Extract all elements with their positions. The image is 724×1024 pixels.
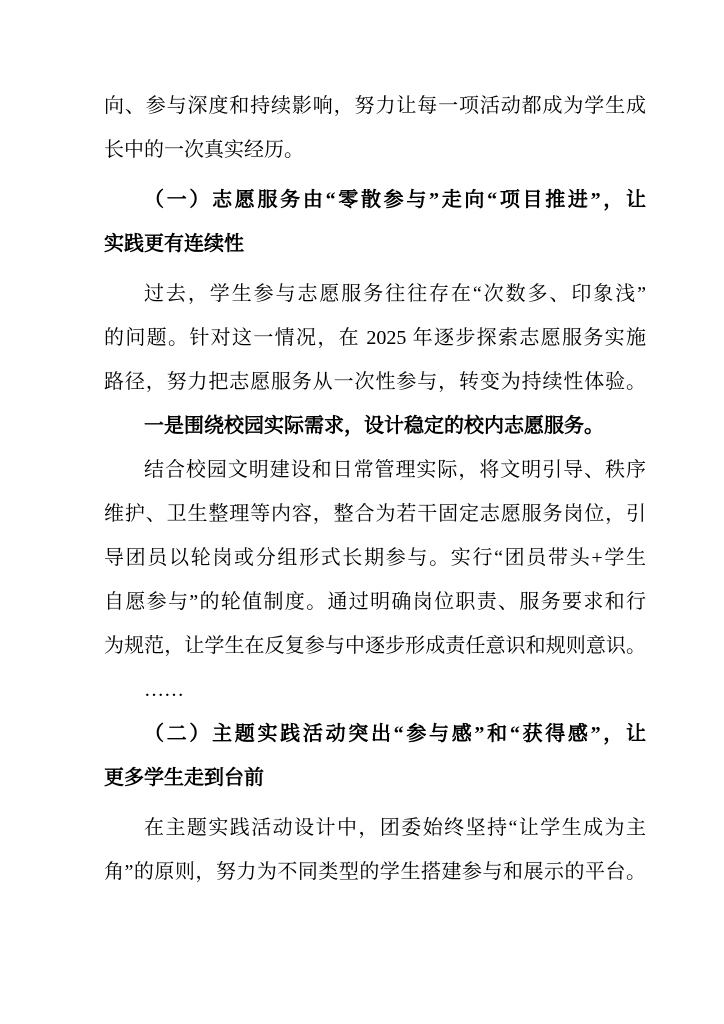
ellipsis-line: …… [104, 668, 646, 712]
section1-heading-line: （一）志愿服务由“零散参与”走向“项目推进”，让 [104, 178, 646, 222]
section2-heading-line: （二）主题实践活动突出“参与感”和“获得感”，让 [104, 712, 646, 756]
section2-heading-line: 更多学生走到台前 [104, 756, 646, 800]
section1-heading-line: 实践更有连续性 [104, 222, 646, 266]
text-line: 结合校园文明建设和日常管理实际，将文明引导、秩序 [104, 448, 646, 492]
text-line: 自愿参与”的轮值制度。通过明确岗位职责、服务要求和行 [104, 580, 646, 624]
text-line: 向、参与深度和持续影响，努力让每一项活动都成为学生成 [104, 84, 646, 128]
text-line: 路径，努力把志愿服务从一次性参与，转变为持续性体验。 [104, 360, 646, 404]
text-line: 角”的原则，努力为不同类型的学生搭建参与和展示的平台。 [104, 850, 646, 894]
text-line: 在主题实践活动设计中，团委始终坚持“让学生成为主 [104, 806, 646, 850]
text-line: 过去，学生参与志愿服务往往存在“次数多、印象浅” [104, 272, 646, 316]
text-line: 的问题。针对这一情况，在 2025 年逐步探索志愿服务实施 [104, 316, 646, 360]
text-line: 为规范，让学生在反复参与中逐步形成责任意识和规则意识。 [104, 624, 646, 668]
text-line: 导团员以轮岗或分组形式长期参与。实行“团员带头+学生 [104, 536, 646, 580]
section1-subheading: 一是围绕校园实际需求，设计稳定的校内志愿服务。 [104, 404, 646, 448]
text-line: 维护、卫生整理等内容，整合为若干固定志愿服务岗位，引 [104, 492, 646, 536]
text-line: 长中的一次真实经历。 [104, 128, 646, 172]
document-page: 向、参与深度和持续影响，努力让每一项活动都成为学生成 长中的一次真实经历。 （一… [0, 0, 724, 1024]
